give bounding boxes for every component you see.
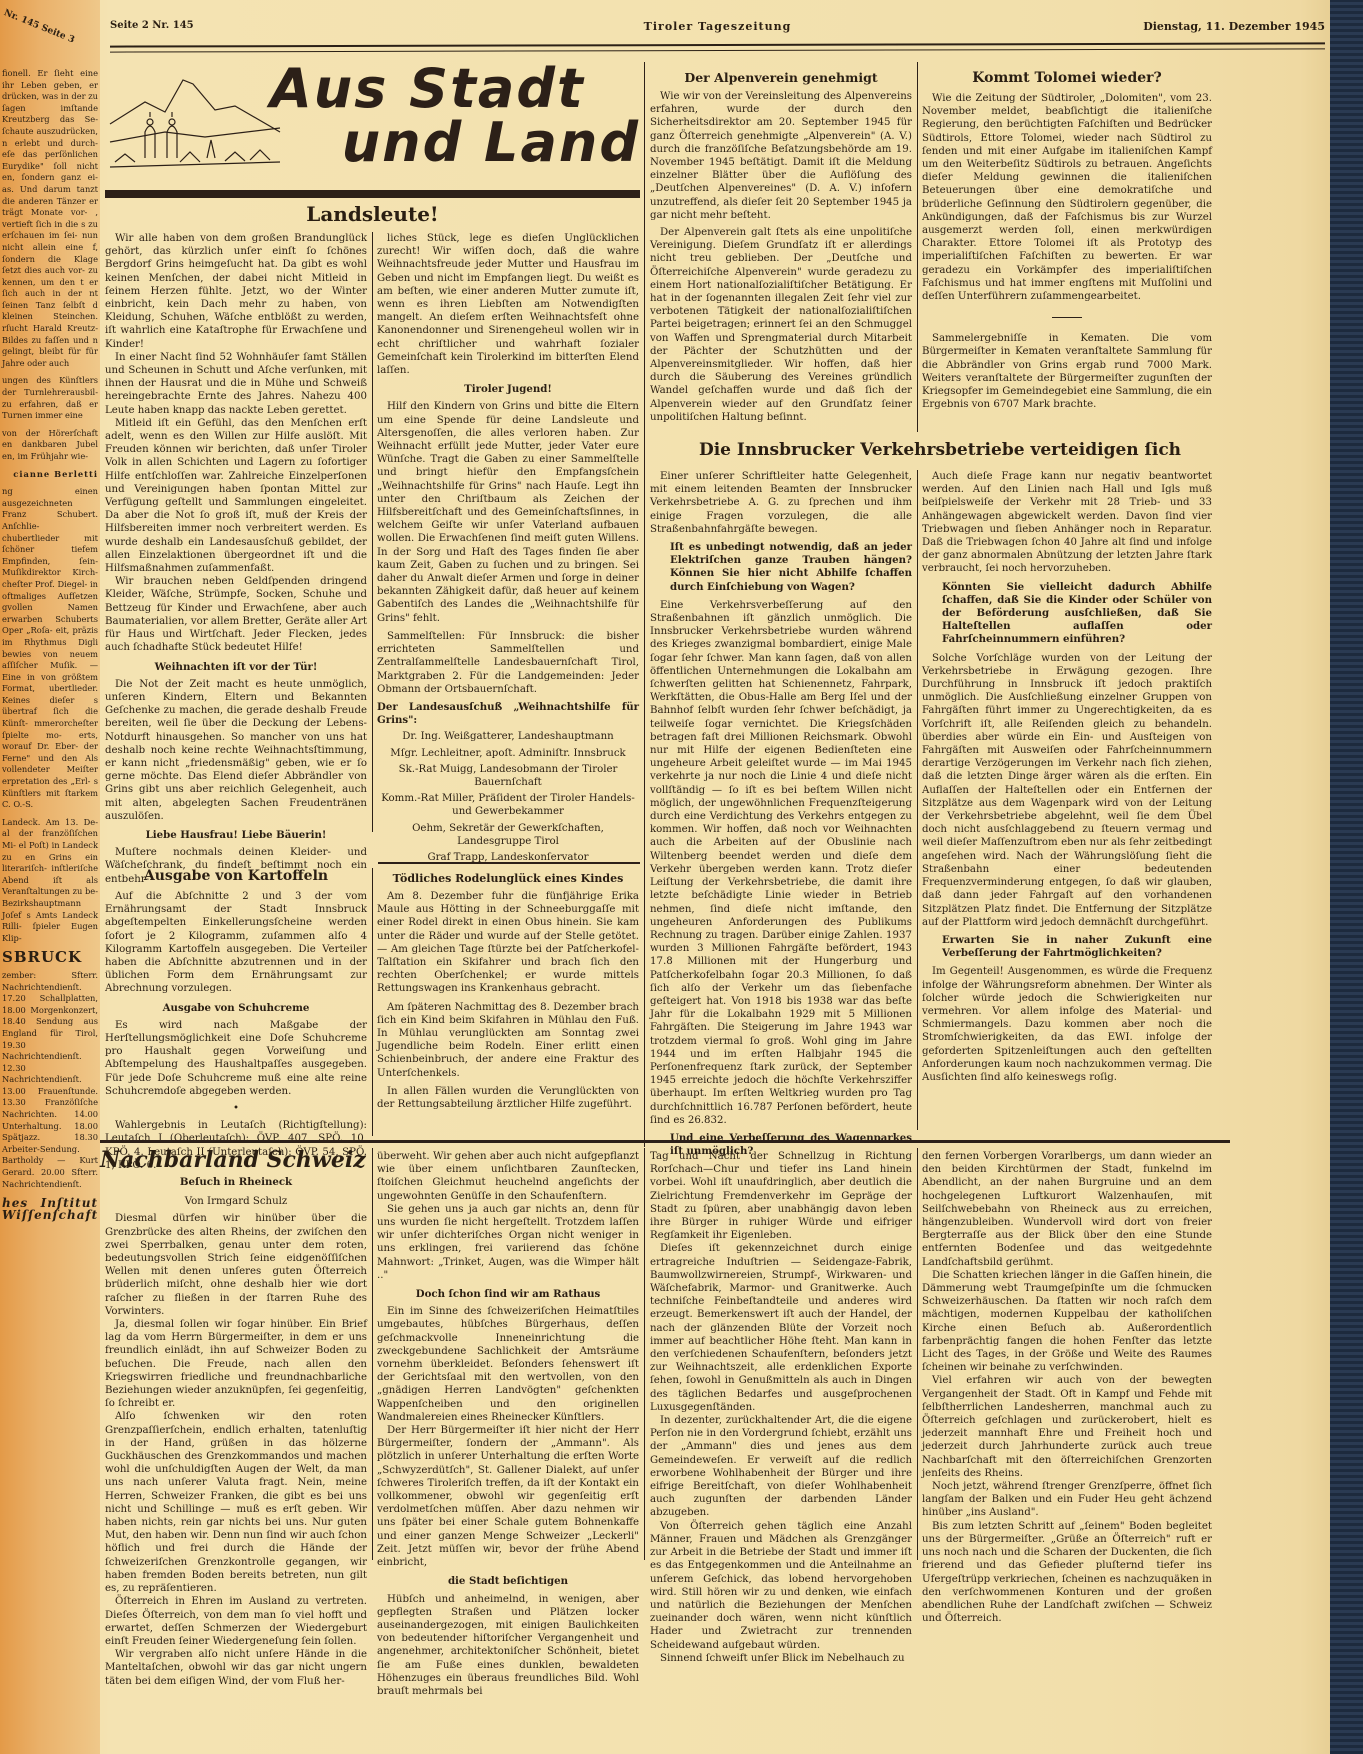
paragraph: In allen Fällen wurden die Verunglückten… bbox=[377, 1085, 639, 1111]
paragraph: Wie wir von der Vereinsleitung des Alpen… bbox=[650, 90, 912, 222]
issue-date: Dienstag, 11. Dezember 1945 bbox=[1143, 20, 1325, 33]
paragraph: Viel erfahren wir auch von der bewegten … bbox=[922, 1374, 1212, 1480]
prev-page-signature: cianne Berletti bbox=[2, 469, 98, 481]
column-divider bbox=[372, 868, 373, 1136]
prev-page-paragraph: von der Hörerſchaft en dankbaren Jubel e… bbox=[2, 428, 98, 463]
article-headline-landsleute: Landsleute! bbox=[105, 202, 640, 226]
section-title-schweiz: Nachbarland Schweiz bbox=[100, 1147, 366, 1173]
prev-page-paragraph: ungen des Künſtlers der Turnlehrerausbil… bbox=[2, 375, 98, 421]
paragraph: Auf die Abſchnitte 2 und 3 der vom Ernäh… bbox=[105, 890, 367, 996]
prev-page-paragraph: ng einen ausgezeichneten Franz Schubert.… bbox=[2, 486, 98, 811]
interview-question: Iſt es unbedingt notwendig, daß an jeder… bbox=[650, 541, 912, 594]
paragraph: Wie die Zeitung der Südtiroler, „Dolomit… bbox=[922, 92, 1212, 303]
paragraph: Sinnend ſchweift unſer Blick im Nebelhau… bbox=[650, 1652, 912, 1665]
paragraph: Hilf den Kindern von Grins und bitte die… bbox=[377, 400, 639, 624]
paragraph: Noch jetzt, während ſtrenger Grenzſperre… bbox=[922, 1480, 1212, 1520]
section-rule bbox=[100, 1140, 1230, 1143]
article-kartoffeln: Auf die Abſchnitte 2 und 3 der vom Ernäh… bbox=[105, 890, 367, 1172]
book-binding bbox=[1330, 0, 1363, 1754]
committee-member: Oehm, Sekretär der Gewerkſchaften, Lande… bbox=[377, 822, 639, 848]
section-banner: Aus Stadt und Land bbox=[105, 62, 640, 192]
paragraph: Einer unſerer Schriftleiter hatte Gelege… bbox=[650, 470, 912, 536]
section-title-line2: und Land bbox=[270, 116, 640, 170]
section-title: Aus Stadt und Land bbox=[270, 62, 640, 170]
committee-member: Mſgr. Lechleitner, apoſt. Adminiſtr. Inn… bbox=[377, 747, 639, 760]
paragraph: Wir alle haben von dem großen Brandunglü… bbox=[105, 232, 367, 351]
committee-title: Der Landesausſchuß „Weihnachtshilfe für … bbox=[377, 701, 639, 727]
paragraph: überweht. Wir gehen aber auch nicht aufg… bbox=[377, 1150, 639, 1203]
article-headline-verkehrsbetriebe: Die Innsbrucker Verkehrsbetriebe verteid… bbox=[650, 440, 1230, 460]
column-divider bbox=[372, 232, 373, 832]
article-tolomei: Wie die Zeitung der Südtiroler, „Dolomit… bbox=[922, 92, 1212, 411]
prev-page-paragraph: Landeck. Am 13. De- al der franzöſiſchen… bbox=[2, 817, 98, 945]
prev-page-section-title: hes Inſtitut Wiſſenſchaft bbox=[2, 1198, 98, 1221]
paragraph: Ein im Sinne des ſchweizeriſchen Heimatſ… bbox=[377, 1305, 639, 1424]
interview-answer: Im Gegenteil! Ausgenommen, es würde die … bbox=[922, 965, 1212, 1084]
interview-question: Könnten Sie vielleicht dadurch Abhilfe ſ… bbox=[922, 581, 1212, 647]
paragraph: Alſo ſchwenken wir den roten Grenzpaſſie… bbox=[105, 1410, 367, 1595]
column-divider bbox=[372, 1148, 373, 1560]
masthead-rule bbox=[110, 42, 1325, 52]
paragraph: Sie gehen uns ja auch gar nichts an, den… bbox=[377, 1203, 639, 1282]
column-divider bbox=[917, 470, 918, 1130]
paragraph: Der Alpenverein galt ſtets als eine unpo… bbox=[650, 226, 912, 424]
prev-page-section-title: SBRUCK bbox=[2, 952, 98, 964]
article-schweiz-col1: Beſuch in Rheineck Von Irmgard Schulz Di… bbox=[105, 1176, 367, 1688]
article-landsleute-col1: Wir alle haben von dem großen Brandunglü… bbox=[105, 232, 367, 886]
article-headline-rheineck: Beſuch in Rheineck bbox=[105, 1176, 367, 1189]
paragraph: Bis zum letzten Schritt auf „ſeinem" Bod… bbox=[922, 1520, 1212, 1626]
mountain-town-illustration-icon bbox=[105, 62, 285, 190]
article-headline-alpenverein: Der Alpenverein genehmigt bbox=[650, 70, 912, 85]
paragraph: Wir vergraben alſo nicht unſere Hände in… bbox=[105, 1648, 367, 1688]
interview-question: Erwarten Sie in naher Zukunft eine Verbe… bbox=[922, 934, 1212, 960]
paragraph: liches Stück, lege es dieſen Unglücklich… bbox=[377, 232, 639, 377]
article-headline-rodelunglueck: Tödliches Rodelunglück eines Kindes bbox=[377, 872, 639, 885]
subheading: Weihnachten iſt vor der Tür! bbox=[105, 661, 367, 674]
paragraph: Hübſch und anheimelnd, in wenigen, aber … bbox=[377, 1593, 639, 1699]
subheading: Tiroler Jugend! bbox=[377, 383, 639, 396]
article-headline-tolomei: Kommt Tolomei wieder? bbox=[922, 70, 1212, 86]
subheading: Doch ſchon ſind wir am Rathaus bbox=[377, 1288, 639, 1301]
paragraph: den fernen Vorbergen Vorarlbergs, um dan… bbox=[922, 1150, 1212, 1269]
subheading: Ausgabe von Schuhcreme bbox=[105, 1002, 367, 1015]
news-brief-kematen: Sammelergebniſſe in Kematen. Die vom Bür… bbox=[922, 332, 1212, 411]
masthead: Seite 2 Nr. 145 Tiroler Tageszeitung Die… bbox=[110, 14, 1325, 54]
prev-page-paragraph: fionell. Er ſieht eine ihr Leben geben, … bbox=[2, 68, 98, 369]
separator bbox=[1052, 317, 1082, 318]
interview-answer: Solche Vorſchläge wurden von der Leitung… bbox=[922, 652, 1212, 929]
prev-page-text: fionell. Er ſieht eine ihr Leben geben, … bbox=[2, 68, 98, 1227]
paragraph: Am 8. Dezember fuhr die fünfjährige Erik… bbox=[377, 890, 639, 996]
prev-page-radio-program: zember: Sfterr. Nachrichtendienſt. 17.20… bbox=[2, 970, 98, 1190]
subheading: die Stadt beſichtigen bbox=[377, 1575, 639, 1588]
subheading: Liebe Hausfrau! Liebe Bäuerin! bbox=[105, 829, 367, 842]
bullet-separator: • bbox=[105, 1102, 367, 1115]
paragraph: In dezenter, zurückhaltender Art, die di… bbox=[650, 1414, 912, 1520]
paragraph: Wir brauchen neben Geldſpenden dringend … bbox=[105, 575, 367, 654]
paragraph: Öſterreich in Ehren im Ausland zu vertre… bbox=[105, 1595, 367, 1648]
article-headline-kartoffeln: Ausgabe von Kartoffeln bbox=[105, 868, 367, 884]
prev-page-header: Nr. 145 Seite 3 bbox=[2, 8, 76, 45]
paragraph: Die Not der Zeit macht es heute unmöglic… bbox=[105, 678, 367, 823]
paragraph: Ja, diesmal ſollen wir ſogar hinüber. Ei… bbox=[105, 1318, 367, 1410]
paragraph: Diesmal dürfen wir hinüber über die Gren… bbox=[105, 1212, 367, 1318]
article-schweiz-col4: den fernen Vorbergen Vorarlbergs, um dan… bbox=[922, 1150, 1212, 1625]
column-divider bbox=[644, 1148, 645, 1560]
paragraph: In einer Nacht ſind 52 Wohnhäuſer ſamt S… bbox=[105, 351, 367, 417]
article-landsleute-col2: liches Stück, lege es dieſen Unglücklich… bbox=[377, 232, 639, 864]
paragraph: Am ſpäteren Nachmittag des 8. Dezember b… bbox=[377, 1001, 639, 1080]
interview-answer: Auch dieſe Frage kann nur negativ beantw… bbox=[922, 470, 1212, 576]
paragraph: Dieſes iſt gekennzeichnet durch einige e… bbox=[650, 1242, 912, 1414]
interview-answer: Eine Verkehrsverbeſſerung auf den Straße… bbox=[650, 599, 912, 1127]
article-verkehrsbetriebe-col2: Auch dieſe Frage kann nur negativ beantw… bbox=[922, 470, 1212, 1084]
banner-rule bbox=[105, 190, 640, 198]
previous-page-strip: Nr. 145 Seite 3 fionell. Er ſieht eine i… bbox=[0, 0, 100, 1754]
column-divider bbox=[917, 62, 918, 432]
committee-member: Komm.-Rat Miller, Präſident der Tiroler … bbox=[377, 792, 639, 818]
paragraph: Mitleid iſt ein Gefühl, das den Menſchen… bbox=[105, 417, 367, 575]
article-verkehrsbetriebe-col1: Einer unſerer Schriftleiter hatte Gelege… bbox=[650, 470, 912, 1163]
paragraph: Der Herr Bürgermeiſter iſt hier nicht de… bbox=[377, 1424, 639, 1569]
column-divider bbox=[644, 62, 645, 1147]
paragraph: Von Öſterreich gehen täglich eine Anzahl… bbox=[650, 1520, 912, 1652]
committee-member: Dr. Ing. Weißgatterer, Landeshauptmann bbox=[377, 730, 639, 743]
paragraph: Es wird nach Maßgabe der Herſtellungsmög… bbox=[105, 1019, 367, 1098]
article-alpenverein: Wie wir von der Vereinsleitung des Alpen… bbox=[650, 90, 912, 424]
byline: Von Irmgard Schulz bbox=[105, 1195, 367, 1208]
paragraph: Sammelſtellen: Für Innsbruck: die bisher… bbox=[377, 630, 639, 696]
article-rodelunglueck: Am 8. Dezember fuhr die fünfjährige Erik… bbox=[377, 890, 639, 1111]
paragraph: Tag und Nacht der Schnellzug in Richtung… bbox=[650, 1150, 912, 1242]
article-schweiz-col2: überweht. Wir gehen aber auch nicht aufg… bbox=[377, 1150, 639, 1698]
article-schweiz-col3: Tag und Nacht der Schnellzug in Richtung… bbox=[650, 1150, 912, 1665]
column-divider bbox=[917, 1148, 918, 1560]
paragraph: Die Schatten kriechen länger in die Gaſſ… bbox=[922, 1269, 1212, 1375]
committee-member: Sk.-Rat Muigg, Landesobmann der Tiroler … bbox=[377, 763, 639, 789]
section-rule bbox=[378, 862, 640, 864]
